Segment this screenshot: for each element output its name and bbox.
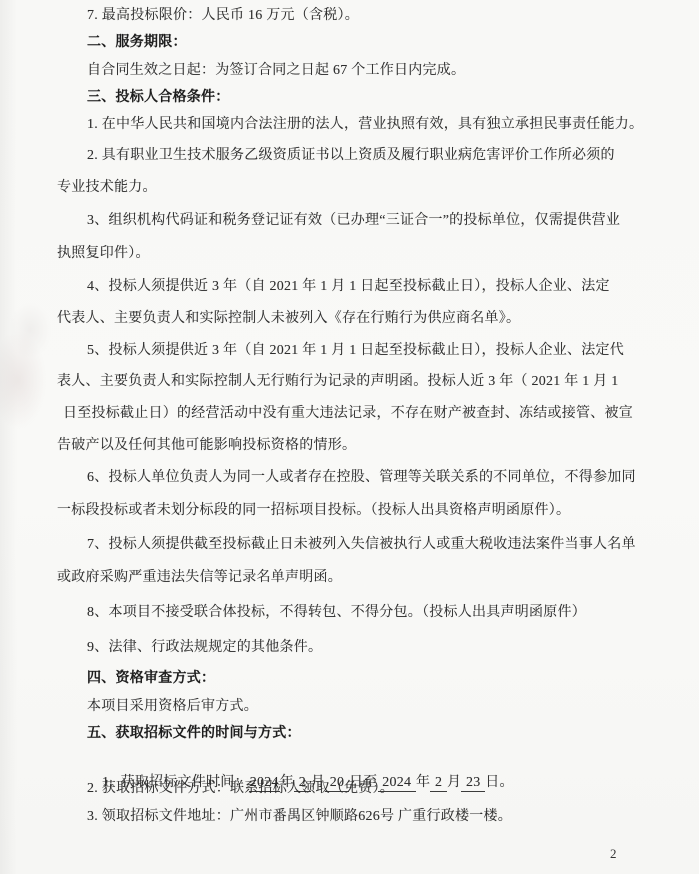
clause-line-continuation: 日至投标截止日）的经营活动中没有重大违法记录，不存在财产被查封、冻结或接管、被宣 xyxy=(63,403,633,425)
clause-line: 6、投标人单位负责人为同一人或者存在控股、管理等关联关系的不同单位，不得参加同 xyxy=(87,467,636,489)
date-text: 日。 xyxy=(485,775,514,790)
clause-max-bid-price: 7. 最高投标限价：人民币 16 万元（含税）。 xyxy=(87,5,359,27)
scanned-document-page: 7. 最高投标限价：人民币 16 万元（含税）。 二、服务期限： 自合同生效之日… xyxy=(0,0,699,874)
clause-line: 4、投标人须提供近 3 年（自 2021 年 1 月 1 日起至投标截止日），投… xyxy=(87,276,610,298)
clause-line-continuation: 代表人、主要负责人和实际控制人未被列入《存在行贿行为供应商名单》。 xyxy=(57,308,520,330)
clause-line-continuation: 专业技术能力。 xyxy=(57,177,157,199)
clause-line-continuation: 或政府采购严重违法失信等记录名单声明函。 xyxy=(57,567,342,589)
heading-qualification-review: 四、资格审查方式： xyxy=(87,668,215,690)
heading-service-period: 二、服务期限： xyxy=(87,32,187,54)
clause-obtain-address: 3. 领取招标文件地址：广州市番禺区钟顺路626号 广重行政楼一楼。 xyxy=(87,806,512,828)
date-text: 年 xyxy=(416,775,430,790)
date-text: 月 xyxy=(447,775,461,790)
clause-review-method: 本项目采用资格后审方式。 xyxy=(87,696,258,718)
heading-bidder-qualification: 三、投标人合格条件： xyxy=(87,87,230,109)
clause-line-continuation: 告破产以及任何其他可能影响投标资格的情形。 xyxy=(57,435,356,457)
clause-line-continuation: 执照复印件）。 xyxy=(57,243,150,265)
clause-line: 2. 具有职业卫生技术服务乙级资质证书以上资质及履行职业病危害评价工作所必须的 xyxy=(87,145,615,167)
page-number: 2 xyxy=(610,846,617,862)
clause-line: 8、本项目不接受联合体投标，不得转包、不得分包。（投标人出具声明函原件） xyxy=(87,602,586,624)
clause-line-continuation: 表人、主要负责人和实际控制人无行贿行为记录的声明函。投标人近 3 年（ 2021… xyxy=(57,371,619,393)
clause-service-period: 自合同生效之日起：为签订合同之日起 67 个工作日内完成。 xyxy=(87,60,465,82)
clause-line: 3、组织机构代码证和税务登记证有效（已办理“三证合一”的投标单位，仅需提供营业 xyxy=(87,210,620,232)
date-field-day-end: 23 xyxy=(461,775,485,792)
date-field-month-end: 2 xyxy=(430,775,447,792)
clause-obtain-time: 1. 获取招标文件时间：2024年 2 月 20 日至 2024 年 2 月 2… xyxy=(87,750,514,772)
clause-obtain-method: 2. 获取招标文件方式：联系招标人领取（免费）。 xyxy=(87,778,394,800)
heading-obtain-documents: 五、获取招标文件的时间与方式： xyxy=(87,723,301,745)
clause-line-continuation: 一标段投标或者未划分标段的同一招标项目投标。（投标人出具资格声明函原件）。 xyxy=(57,500,570,522)
clause-line: 1. 在中华人民共和国境内合法注册的法人，营业执照有效，具有独立承担民事责任能力… xyxy=(87,114,643,136)
clause-line: 7、投标人须提供截至投标截止日未被列入失信被执行人或重大税收违法案件当事人名单 xyxy=(87,534,636,556)
clause-line: 9、法律、行政法规规定的其他条件。 xyxy=(87,637,322,659)
clause-line: 5、投标人须提供近 3 年（自 2021 年 1 月 1 日起至投标截止日），投… xyxy=(87,340,624,362)
